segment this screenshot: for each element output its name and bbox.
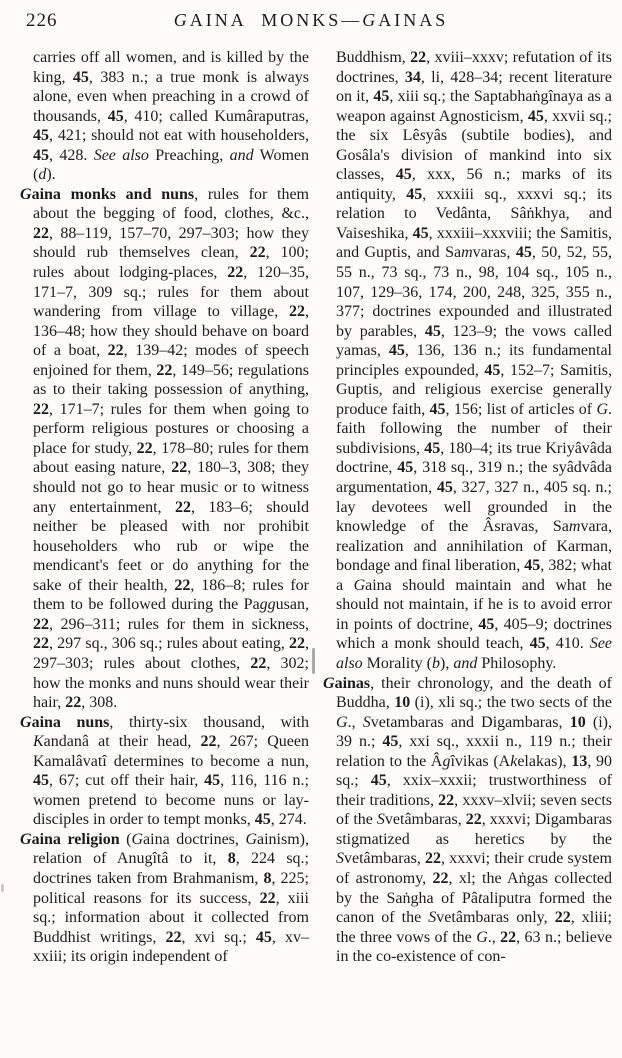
index-entry: Gaina religion (Gaina doctrines, Gainism… (20, 830, 309, 967)
index-entry: Gaina monks and nuns, rules for them abo… (20, 185, 309, 713)
scan-speck (1, 884, 4, 892)
index-entry: Gainas, their chronology, and the death … (323, 674, 612, 967)
column-right: Buddhism, 22, xviii–xxxv; refutation of … (323, 48, 612, 967)
column-left: carries off all women, and is killed by … (20, 48, 309, 967)
scan-speck (312, 648, 315, 674)
index-columns: carries off all women, and is killed by … (0, 44, 622, 967)
entry-continuation: Buddhism, 22, xviii–xxxv; refutation of … (323, 48, 612, 674)
index-entry: Gaina nuns, thirty-six thousand, with Ka… (20, 713, 309, 830)
book-page: 226 GAINA MONKS—GAINAS carries off all w… (0, 0, 622, 1058)
entry-continuation: carries off all women, and is killed by … (20, 48, 309, 185)
page-header: 226 GAINA MONKS—GAINAS (0, 0, 622, 44)
running-head: GAINA MONKS—GAINAS (0, 10, 622, 31)
